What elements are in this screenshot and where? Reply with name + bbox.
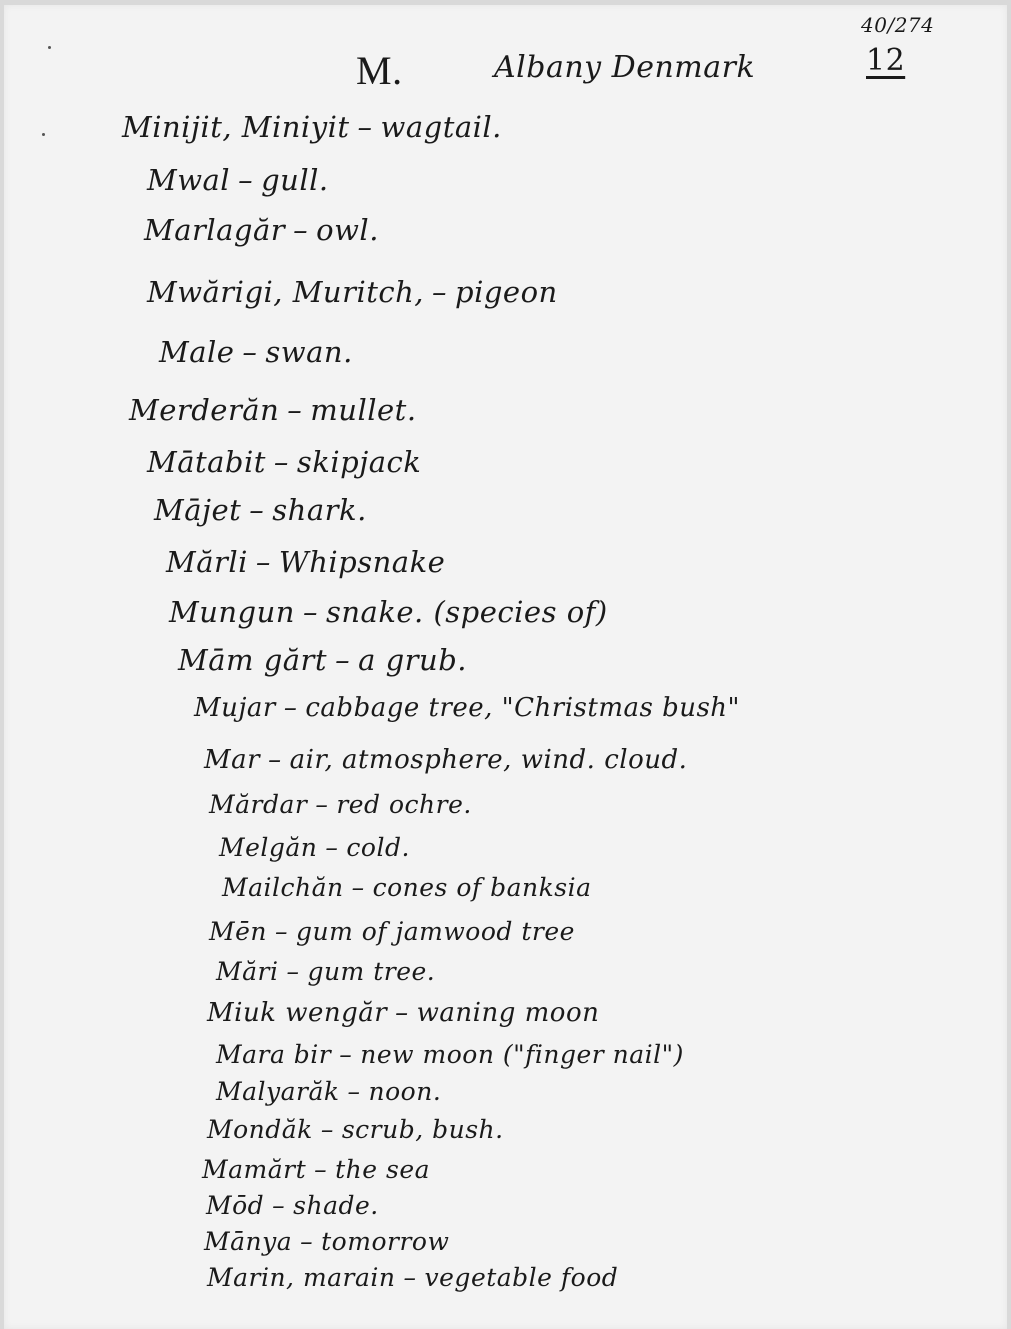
entry-term: Mări: [216, 957, 278, 986]
entry-meaning: waning moon: [417, 998, 600, 1028]
entry: Marlagăr–owl.: [144, 213, 379, 247]
entry-meaning: snake. (species of): [326, 595, 608, 629]
ink-speck: [48, 46, 51, 49]
entry-meaning: tomorrow: [321, 1227, 449, 1256]
entry-dash: –: [352, 873, 365, 902]
entry-term: Male: [159, 335, 234, 369]
entry-dash: –: [293, 213, 308, 247]
entry-dash: –: [335, 643, 350, 677]
entry-term: Merderăn: [129, 393, 279, 427]
author-name: Albany Denmark: [494, 50, 755, 85]
entry-meaning: mullet.: [310, 393, 416, 427]
entry: Mujar–cabbage tree, "Christmas bush": [194, 693, 740, 723]
entry: Mar–air, atmosphere, wind. cloud.: [204, 745, 687, 775]
entry-dash: –: [395, 998, 409, 1028]
entry: Mōd–shade.: [206, 1191, 379, 1220]
entry-meaning: pigeon: [455, 275, 558, 309]
entry-meaning: cabbage tree, "Christmas bush": [305, 693, 740, 723]
entry-dash: –: [300, 1227, 313, 1256]
entry: Mondăk–scrub, bush.: [207, 1115, 504, 1144]
entry-meaning: the sea: [335, 1155, 430, 1184]
entry-dash: –: [315, 790, 328, 819]
entry-dash: –: [275, 917, 288, 946]
entry-term: Minijit, Miniyit: [122, 110, 350, 144]
entry-term: Mājet: [154, 493, 241, 527]
entry-dash: –: [256, 545, 271, 579]
page-number: 12: [866, 43, 905, 78]
entry-meaning: gum tree.: [307, 957, 435, 986]
entry-dash: –: [272, 1191, 285, 1220]
entry: Marin, marain–vegetable food: [207, 1263, 618, 1292]
entry-term: Mujar: [194, 693, 276, 723]
folio-reference: 40/274: [861, 13, 934, 37]
entry-meaning: scrub, bush.: [342, 1115, 504, 1144]
entry: Mărdar–red ochre.: [209, 790, 472, 819]
entry-dash: –: [314, 1155, 327, 1184]
entry-term: Melgăn: [219, 833, 317, 862]
entry: Male–swan.: [159, 335, 353, 369]
entry-meaning: gull.: [261, 163, 329, 197]
entry-meaning: air, atmosphere, wind. cloud.: [290, 745, 688, 775]
entry-term: Mara bir: [216, 1040, 331, 1069]
entry: Mamărt–the sea: [202, 1155, 430, 1184]
entry: Mungun–snake. (species of): [169, 595, 608, 629]
entry-meaning: wagtail.: [381, 110, 502, 144]
entry-dash: –: [321, 1115, 334, 1144]
entry-meaning: gum of jamwood tree: [296, 917, 575, 946]
entry-dash: –: [274, 445, 289, 479]
entry-meaning: vegetable food: [425, 1263, 619, 1292]
entry-term: Mātabit: [147, 445, 266, 479]
manuscript-page: M. Albany Denmark 40/274 12 Minijit, Min…: [4, 5, 1007, 1329]
entry-dash: –: [404, 1263, 417, 1292]
entry: Mātabit–skipjack: [147, 445, 421, 479]
entry: Mwărigi, Muritch,–pigeon: [147, 275, 558, 309]
entry: Mwal–gull.: [147, 163, 329, 197]
entry-dash: –: [303, 595, 318, 629]
entry-term: Marlagăr: [144, 213, 285, 247]
entry-term: Miuk wengăr: [207, 998, 387, 1028]
entry: Mailchăn–cones of banksia: [222, 873, 591, 902]
entry: Mām gărt–a grub.: [178, 643, 467, 677]
entry: Miuk wengăr–waning moon: [207, 998, 599, 1028]
entry-dash: –: [286, 957, 299, 986]
entry-term: Mwal: [147, 163, 230, 197]
entry-term: Mărli: [166, 545, 248, 579]
entry: Mări–gum tree.: [216, 957, 435, 986]
entry-dash: –: [238, 163, 253, 197]
entry: Mărli–Whipsnake: [166, 545, 445, 579]
entry-meaning: shade.: [293, 1191, 379, 1220]
entry-term: Mānya: [204, 1227, 292, 1256]
entry-term: Mām gărt: [178, 643, 327, 677]
entry-dash: –: [325, 833, 338, 862]
entry-term: Mēn: [209, 917, 267, 946]
entry-meaning: red ochre.: [336, 790, 472, 819]
entry: Merderăn–mullet.: [129, 393, 417, 427]
entry-term: Mailchăn: [222, 873, 344, 902]
entry-term: Mărdar: [209, 790, 307, 819]
entry-dash: –: [249, 493, 264, 527]
entry-term: Mwărigi, Muritch,: [147, 275, 424, 309]
entry: Mēn–gum of jamwood tree: [209, 917, 575, 946]
entry-meaning: new moon ("finger nail"): [360, 1040, 684, 1069]
entry-term: Malyarăk: [216, 1077, 340, 1106]
entry: Mājet–shark.: [154, 493, 367, 527]
entry-meaning: shark.: [272, 493, 367, 527]
entry-dash: –: [358, 110, 373, 144]
entry-dash: –: [339, 1040, 352, 1069]
entry-meaning: cold.: [346, 833, 410, 862]
entry-meaning: a grub.: [358, 643, 467, 677]
entry-term: Mōd: [206, 1191, 264, 1220]
entry: Melgăn–cold.: [219, 833, 410, 862]
entry-dash: –: [284, 693, 298, 723]
entry-term: Mungun: [169, 595, 295, 629]
entry-meaning: skipjack: [297, 445, 421, 479]
entry-dash: –: [287, 393, 302, 427]
entry-term: Mamărt: [202, 1155, 306, 1184]
entry-dash: –: [432, 275, 447, 309]
section-letter: M.: [356, 47, 403, 94]
ink-speck: [42, 133, 45, 136]
entry-dash: –: [242, 335, 257, 369]
entry: Malyarăk–noon.: [216, 1077, 441, 1106]
entry-meaning: swan.: [265, 335, 352, 369]
entry-meaning: cones of banksia: [373, 873, 592, 902]
entry-term: Marin, marain: [207, 1263, 396, 1292]
entry: Mānya–tomorrow: [204, 1227, 449, 1256]
entry-dash: –: [348, 1077, 361, 1106]
entry-meaning: Whipsnake: [279, 545, 445, 579]
entry-meaning: owl.: [316, 213, 379, 247]
entry: Minijit, Miniyit–wagtail.: [122, 110, 502, 144]
entry-term: Mar: [204, 745, 260, 775]
entry-dash: –: [268, 745, 282, 775]
entry-meaning: noon.: [369, 1077, 442, 1106]
entry-term: Mondăk: [207, 1115, 313, 1144]
entry: Mara bir–new moon ("finger nail"): [216, 1040, 684, 1069]
